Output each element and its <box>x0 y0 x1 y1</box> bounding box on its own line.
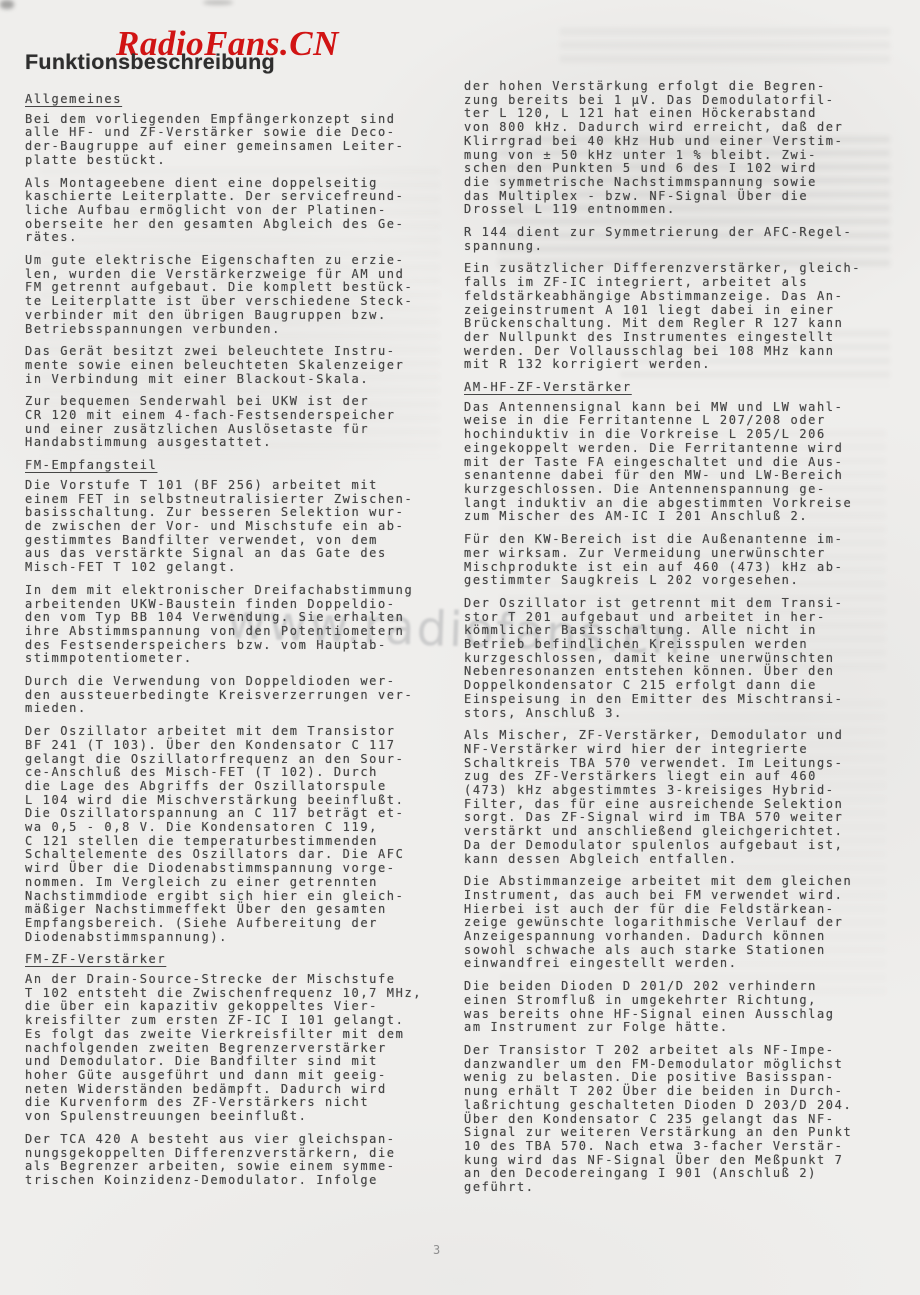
left-column: AllgemeinesBei dem vorliegenden Empfänge… <box>25 90 461 1197</box>
paragraph: Die beiden Dioden D 201/D 202 verhindern… <box>464 980 900 1035</box>
page-title: Funktionsbeschreibung <box>25 50 275 75</box>
paragraph: In dem mit elektronischer Dreifachabstim… <box>25 584 461 666</box>
paragraph: Die Vorstufe T 101 (BF 256) arbeitet mit… <box>25 479 461 575</box>
section: FM-ZF-VerstärkerAn der Drain-Source-Stre… <box>25 953 461 1187</box>
paragraph: Das Gerät besitzt zwei beleuchtete Instr… <box>25 345 461 386</box>
paragraph: Für den KW-Bereich ist die Außenantenne … <box>464 533 900 588</box>
section-heading: Allgemeines <box>25 93 461 107</box>
paragraph: Durch die Verwendung von Doppeldioden we… <box>25 675 461 716</box>
paragraph: der hohen Verstärkung erfolgt die Begren… <box>464 80 900 217</box>
paragraph: Als Mischer, ZF-Verstärker, Demodulator … <box>464 729 900 866</box>
section: AM-HF-ZF-VerstärkerDas Antennensignal ka… <box>464 381 900 1195</box>
right-column: der hohen Verstärkung erfolgt die Begren… <box>464 80 900 1204</box>
section-heading: FM-ZF-Verstärker <box>25 953 461 967</box>
section: AllgemeinesBei dem vorliegenden Empfänge… <box>25 93 461 450</box>
paragraph: Bei dem vorliegenden Empfängerkonzept si… <box>25 113 461 168</box>
paragraph: Die Abstimmanzeige arbeitet mit dem glei… <box>464 875 900 971</box>
scan-smudge <box>203 0 233 5</box>
scan-smudge <box>0 0 14 9</box>
ghost-showthrough <box>560 28 890 68</box>
section: FM-EmpfangsteilDie Vorstufe T 101 (BF 25… <box>25 459 461 944</box>
document-page: RadioFans.CN Funktionsbeschreibung www.r… <box>0 0 920 1295</box>
section-heading: AM-HF-ZF-Verstärker <box>464 381 900 395</box>
paragraph: Der TCA 420 A besteht aus vier gleichspa… <box>25 1133 461 1188</box>
paragraph: R 144 dient zur Symmetrierung der AFC-Re… <box>464 226 900 253</box>
paragraph: Ein zusätzlicher Differenzverstärker, gl… <box>464 262 900 372</box>
section: der hohen Verstärkung erfolgt die Begren… <box>464 80 900 372</box>
paragraph: Um gute elektrische Eigenschaften zu erz… <box>25 254 461 336</box>
paragraph: An der Drain-Source-Strecke der Mischstu… <box>25 973 461 1124</box>
paragraph: Der Oszillator ist getrennt mit dem Tran… <box>464 597 900 720</box>
section-heading: FM-Empfangsteil <box>25 459 461 473</box>
paragraph: Der Oszillator arbeitet mit dem Transist… <box>25 725 461 944</box>
paragraph: Als Montageebene dient eine doppelseitig… <box>25 177 461 246</box>
paragraph: Der Transistor T 202 arbeitet als NF-Imp… <box>464 1044 900 1195</box>
page-number: 3 <box>433 1243 442 1257</box>
paragraph: Zur bequemen Senderwahl bei UKW ist der … <box>25 395 461 450</box>
paragraph: Das Antennensignal kann bei MW und LW wa… <box>464 401 900 524</box>
